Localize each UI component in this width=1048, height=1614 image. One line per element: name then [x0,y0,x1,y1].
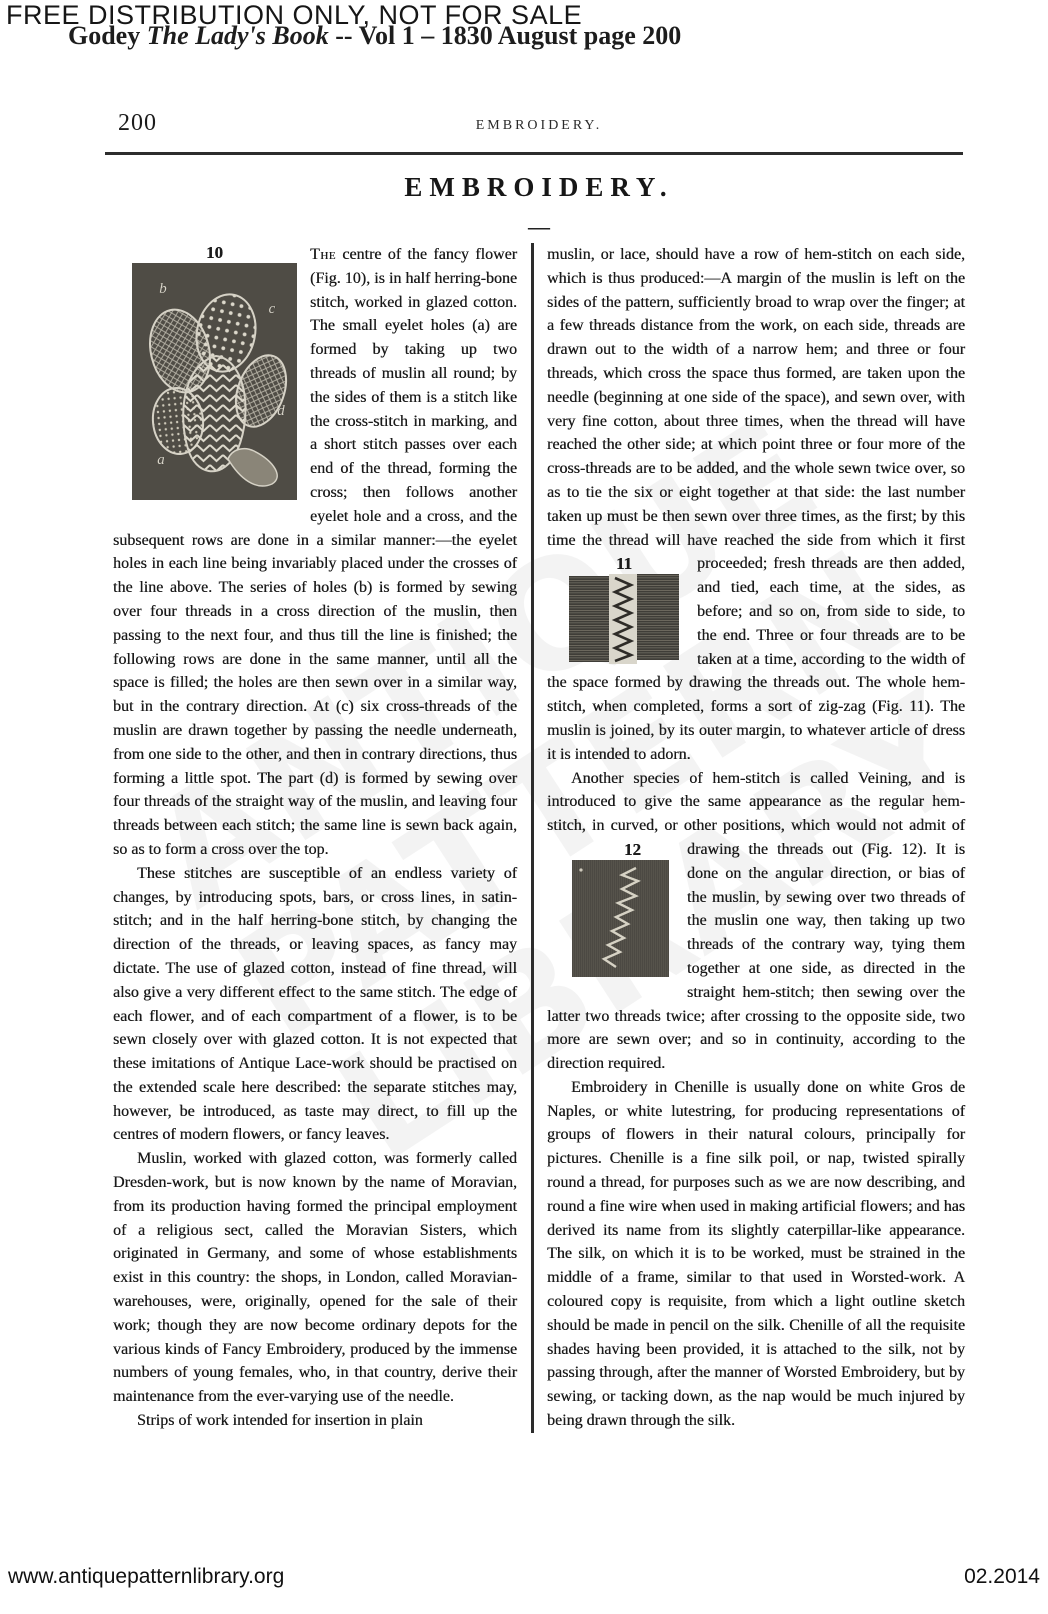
paragraph: Embroidery in Chenille is usually done o… [547,1076,965,1433]
veining-engraving-figure-12 [572,860,669,977]
flower-engraving-figure-10: b c d a [132,263,297,500]
paragraph: Another species of hem-stitch is called … [547,767,965,1076]
figure-12-label: 12 [572,840,669,860]
source-prefix: Godey [68,21,147,50]
figure-11: 11 [569,554,679,664]
figure-10-label: 10 [132,243,297,263]
source-suffix: -- Vol 1 – 1830 August page 200 [329,21,682,50]
figure-10-letter-a: a [157,452,165,468]
paragraph: muslin, or lace, should have a row of he… [547,243,965,767]
paragraph-lead: The [310,246,336,263]
right-column: muslin, or lace, should have a row of he… [531,243,965,1433]
hem-stitch-engraving-figure-11 [569,574,679,664]
paragraph: 10 [113,243,517,862]
scan-date: 02.2014 [964,1565,1040,1589]
running-head-section: EMBROIDERY. [113,118,965,134]
scanned-book-page: ANTIQUE PATTERN LIBRARY FREE DISTRIBUTIO… [0,0,1048,1614]
header-rule [105,152,963,155]
paragraph: Muslin, worked with glazed cotton, was f… [113,1147,517,1409]
source-title: The Lady's Book [147,21,329,50]
figure-12: 12 [572,840,669,977]
running-head: 200 EMBROIDERY. [113,110,965,144]
figure-10-letter-d: d [277,403,285,419]
figure-10-letter-c: c [269,301,276,317]
paragraph: Strips of work intended for insertion in… [113,1409,517,1433]
library-url: www.antiquepatternlibrary.org [8,1565,284,1589]
figure-10: 10 [132,243,297,500]
two-column-text: 10 [113,243,965,1433]
title-divider: — [113,214,965,240]
article-title: EMBROIDERY. [113,172,965,203]
figure-10-letter-b: b [159,281,167,297]
paragraph-text: muslin, or lace, should have a row of he… [547,246,965,572]
figure-11-label: 11 [569,554,679,574]
source-citation: Godey The Lady's Book -- Vol 1 – 1830 Au… [68,21,681,51]
left-column: 10 [113,243,517,1433]
paragraph: These stitches are susceptible of an end… [113,862,517,1148]
